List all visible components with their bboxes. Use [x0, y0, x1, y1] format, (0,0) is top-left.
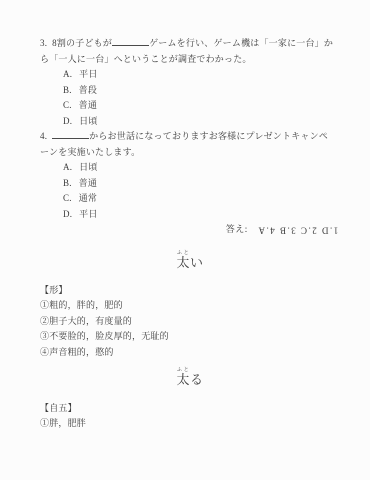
okurigana: る	[190, 372, 204, 387]
option-text: 日頃	[79, 116, 97, 126]
blank-underline	[112, 37, 149, 46]
question-text-before-blank: 8割の子どもが	[52, 38, 112, 48]
option-label: A.	[63, 162, 72, 172]
option-label: B.	[63, 178, 72, 188]
headword-kanji-with-furigana: 太ふと	[176, 372, 190, 387]
definition-item: ①粗的，胖的，肥的	[40, 298, 340, 314]
question-number: 4.	[40, 131, 47, 141]
option-text: 普通	[79, 100, 97, 110]
option-text: 通常	[79, 193, 97, 203]
option-label: D.	[63, 116, 72, 126]
option-label: C.	[63, 193, 72, 203]
option-label: C.	[63, 100, 72, 110]
option-label: D.	[63, 209, 72, 219]
question-4-option-b: B.普通	[40, 176, 340, 192]
question-3-line-2: ら「一人に一台」へということが調査でわかった。	[40, 52, 340, 68]
option-text: 普通	[79, 178, 97, 188]
definition-item: ③不要脸的，脸皮厚的，无耻的	[40, 329, 340, 345]
furigana: ふと	[176, 368, 190, 373]
question-4-option-a: A.日頃	[40, 160, 340, 176]
part-of-speech-intransitive-verb: 【自五】	[40, 401, 340, 417]
option-label: A.	[63, 69, 72, 79]
option-label: B.	[63, 85, 72, 95]
answer-label: 答え:	[226, 222, 248, 238]
document-page: 3.8割の子どもがゲームを行い、ゲーム機は「一家に一台」か ら「一人に一台」へと…	[0, 0, 370, 480]
option-text: 平日	[79, 209, 97, 219]
question-4-line-2: ーンを実施いたします。	[40, 145, 340, 161]
question-4-option-c: C.通常	[40, 191, 340, 207]
question-3-option-b: B.普段	[40, 83, 340, 99]
question-text-after-blank: ゲームを行い、ゲーム機は「一家に一台」か	[149, 38, 333, 48]
okurigana: い	[190, 255, 204, 270]
headword-futoi: 太ふとい	[40, 251, 340, 270]
question-3-option-c: C.普通	[40, 98, 340, 114]
definition-item: ②胆子大的，有度量的	[40, 314, 340, 330]
option-text: 日頃	[79, 162, 97, 172]
part-of-speech-adjective: 【形】	[40, 283, 340, 299]
option-text: 普段	[79, 85, 97, 95]
question-3-option-d: D.日頃	[40, 114, 340, 130]
definition-item: ④声音粗的，憨的	[40, 345, 340, 361]
question-number: 3.	[40, 38, 47, 48]
definition-item: ①胖，肥胖	[40, 416, 340, 432]
question-3-option-a: A.平日	[40, 67, 340, 83]
furigana: ふと	[176, 251, 190, 256]
question-text-after-blank: からお世話になっておりますお客様にプレゼントキャンペ	[89, 131, 328, 141]
headword-kanji: 太	[176, 255, 190, 270]
headword-kanji-with-furigana: 太ふと	[176, 255, 190, 270]
question-4-line-1: 4.からお世話になっておりますお客様にプレゼントキャンペ	[40, 129, 340, 145]
headword-futoru: 太ふとる	[40, 368, 340, 387]
question-4-option-d: D.平日	[40, 207, 340, 223]
answer-key-line: 答え: 1.D 2.C 3.B 4.A	[40, 222, 340, 238]
blank-underline	[52, 130, 89, 139]
headword-kanji: 太	[176, 372, 190, 387]
option-text: 平日	[79, 69, 97, 79]
question-3-line-1: 3.8割の子どもがゲームを行い、ゲーム機は「一家に一台」か	[40, 36, 340, 52]
answer-key-rotated: 1.D 2.C 3.B 4.A	[257, 222, 338, 238]
